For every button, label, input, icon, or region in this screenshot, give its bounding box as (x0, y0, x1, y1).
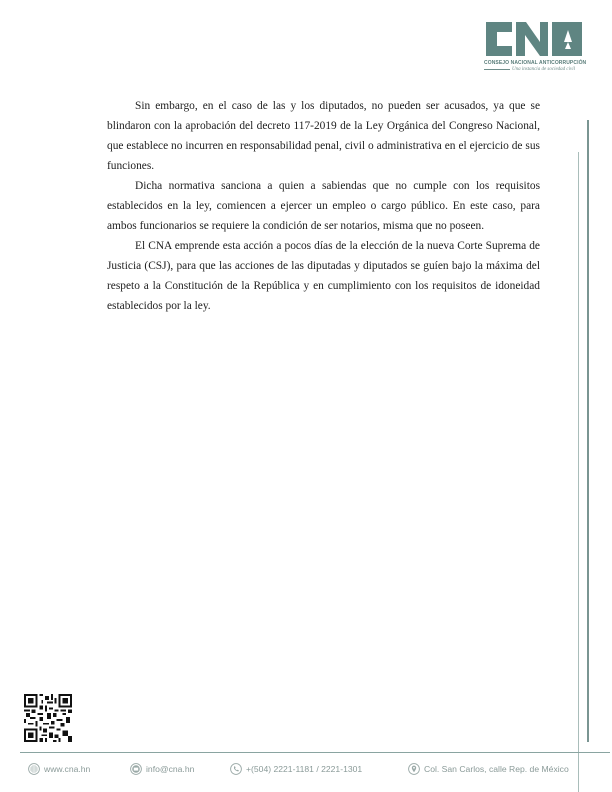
footer-phone[interactable]: +(504) 2221-1181 / 2221-1301 (230, 763, 362, 775)
document-body: Sin embargo, en el caso de las y los dip… (107, 96, 540, 316)
location-pin-icon (408, 763, 420, 775)
decorative-vertical-line (587, 120, 589, 742)
qr-code-icon[interactable] (24, 694, 72, 742)
logo-letters (484, 20, 584, 58)
paragraph-3: El CNA emprende esta acción a pocos días… (107, 236, 540, 316)
decorative-vertical-line-secondary (578, 152, 579, 792)
cna-logo-mark-icon (484, 20, 584, 58)
logo-tagline: Una instancia de sociedad civil (512, 67, 575, 72)
cna-logo: CONSEJO NACIONAL ANTICORRUPCIÓN Una inst… (484, 20, 584, 72)
logo-tag-divider (484, 69, 510, 70)
phone-number: +(504) 2221-1181 / 2221-1301 (246, 764, 362, 774)
website-link[interactable]: www.cna.hn (44, 764, 90, 774)
footer-website[interactable]: www.cna.hn (28, 763, 90, 775)
paragraph-1: Sin embargo, en el caso de las y los dip… (107, 96, 540, 176)
globe-icon (28, 763, 40, 775)
footer-email[interactable]: info@cna.hn (130, 763, 194, 775)
paragraph-2: Dicha normativa sanciona a quien a sabie… (107, 176, 540, 236)
footer-contact: www.cna.hn info@cna.hn +(504) 2221-1181 … (28, 763, 588, 779)
email-link[interactable]: info@cna.hn (146, 764, 194, 774)
address-text: Col. San Carlos, calle Rep. de México (424, 764, 569, 774)
logo-subtitle: CONSEJO NACIONAL ANTICORRUPCIÓN (484, 60, 584, 66)
footer-divider (20, 752, 610, 753)
footer-address: Col. San Carlos, calle Rep. de México (408, 763, 569, 775)
phone-icon (230, 763, 242, 775)
mail-icon (130, 763, 142, 775)
